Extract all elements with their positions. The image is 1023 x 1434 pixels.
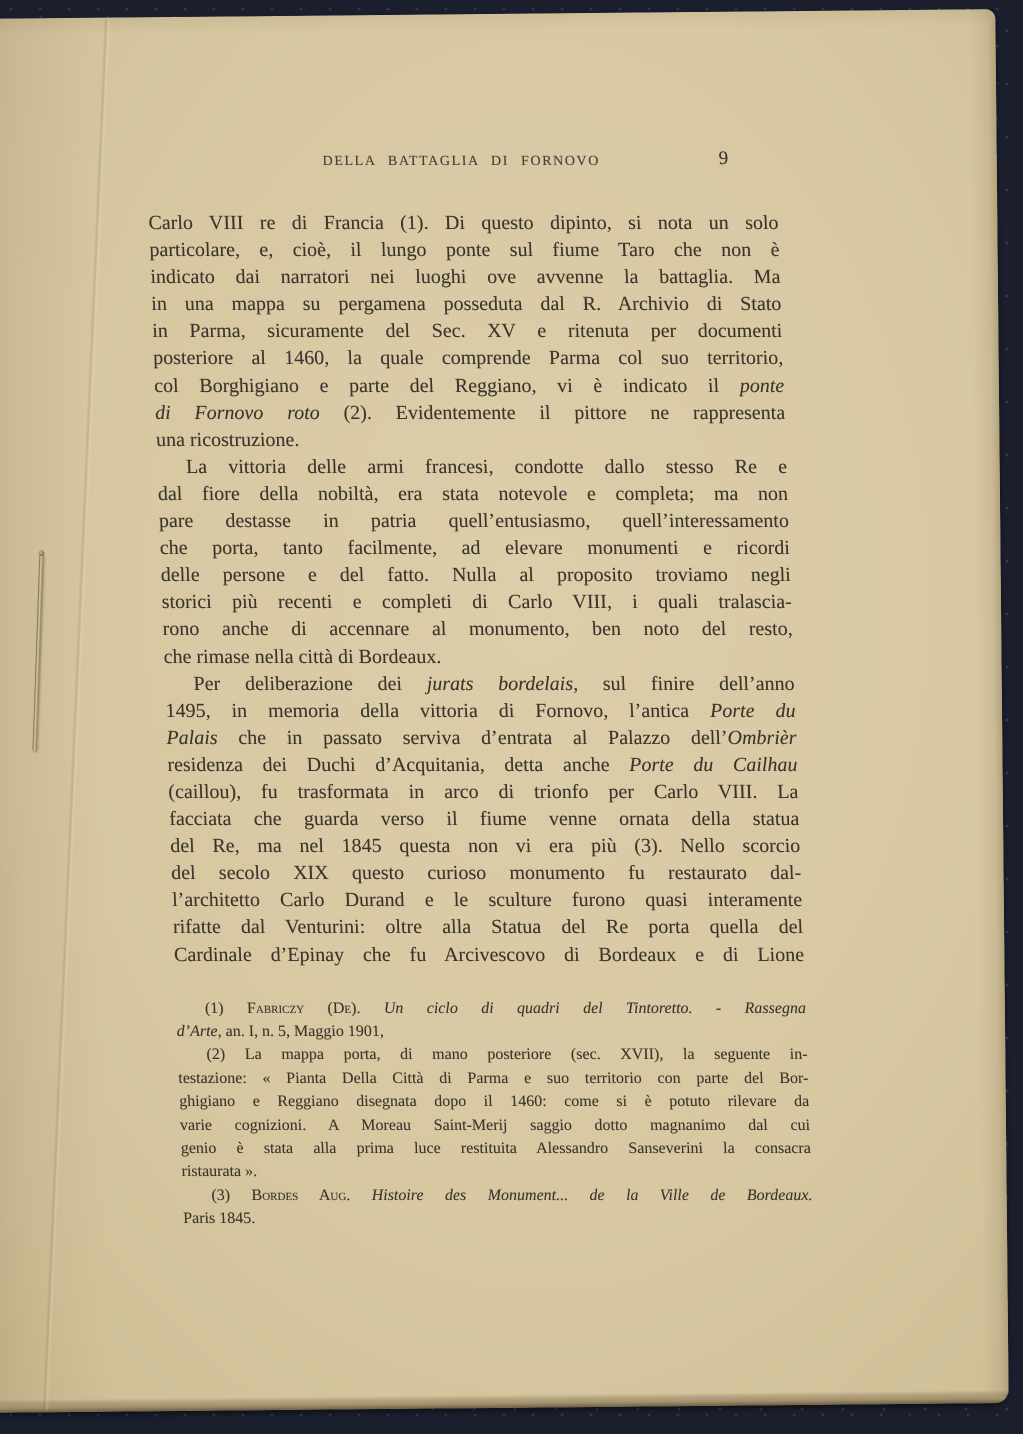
footnote-line: testazione: « Pianta Della Città di Parm… [178,1067,809,1090]
footnote-line: d’Arte, an. I, n. 5, Maggio 1901, [176,1020,807,1043]
body-text-line: Palais che in passato serviva d’entrata … [166,725,797,752]
body-text-line: facciata che guarda verso il fiume venne… [169,806,800,833]
body-text-line: (caillou), fu trasformata in arco di tri… [168,779,799,806]
body-text-line: Per deliberazione dei jurats bordelais, … [164,671,795,698]
body-text-line: particolare, e, cioè, il lungo ponte sul… [149,237,780,264]
body-text-line: rifatte dal Venturini: oltre alla Statua… [173,914,804,941]
body-text-line: posteriore al 1460, la quale comprende P… [153,345,784,372]
footnotes-section: (1) Fabriczy (De). Un ciclo di quadri de… [175,997,813,1231]
footnote-line: Paris 1845. [183,1207,814,1230]
body-text-line: del secolo XIX questo curioso monumento … [171,860,802,887]
scanned-book-photo: { "page": { "colors": { "paper": "#d8c9a… [0,0,1023,1434]
body-text-line: col Borghigiano e parte del Reggiano, vi… [154,373,785,400]
body-text-line: una ricostruzione. [156,427,787,454]
body-text-line: Carlo VIII re di Francia (1). Di questo … [148,210,779,237]
body-text-line: storici più recenti e completi di Carlo … [161,589,792,616]
footnote-line: ristaurata ». [181,1160,812,1183]
body-text-line: in una mappa su pergamena posseduta dal … [151,291,782,318]
body-text: Carlo VIII re di Francia (1). Di questo … [148,210,804,969]
running-header: DELLA BATTAGLIA DI FORNOVO 9 [146,152,777,172]
footnote-line: varie cognizioni. A Moreau Saint-Merij s… [180,1114,811,1137]
footnote-line: ghigiano e Reggiano disegnata dopo il 14… [179,1090,810,1113]
footnote-line: (1) Fabriczy (De). Un ciclo di quadri de… [175,997,806,1020]
footnote-line: (2) La mappa porta, di mano posteriore (… [177,1043,808,1066]
body-text-line: che porta, tanto facilmente, ad elevare … [159,535,790,562]
body-text-line: delle persone e del fatto. Nulla al prop… [160,562,791,589]
body-text-line: La vittoria delle armi francesi, condott… [157,454,788,481]
body-text-line: residenza dei Duchi d’Acquitania, detta … [167,752,798,779]
body-text-line: rono anche di accennare al monumento, be… [162,616,793,643]
footnote-line: (3) Bordes Aug. Histoire des Monument...… [182,1184,813,1207]
body-text-line: del Re, ma nel 1845 questa non vi era pi… [170,833,801,860]
page-content: DELLA BATTAGLIA DI FORNOVO 9 Carlo VIII … [146,152,814,1231]
footnote-line: genio è stata alla prima luce restituita… [180,1137,811,1160]
body-text-line: dal fiore della nobiltà, era stata notev… [157,481,788,508]
body-text-line: pare destasse in patria quell’entusiasmo… [158,508,789,535]
body-text-line: che rimase nella città di Bordeaux. [163,644,794,671]
body-text-line: Cardinale d’Epinay che fu Arcivescovo di… [174,942,805,969]
page-number: 9 [718,148,728,170]
body-text-line: indicato dai narratori nei luoghi ove av… [150,264,781,291]
body-text-line: 1495, in memoria della vittoria di Forno… [165,698,796,725]
body-text-line: di Fornovo roto (2). Evidentemente il pi… [155,400,786,427]
running-title: DELLA BATTAGLIA DI FORNOVO [322,154,600,169]
body-text-line: l’architetto Carlo Durand e le sculture … [172,887,803,914]
body-text-line: in Parma, sicuramente del Sec. XV e rite… [152,318,783,345]
